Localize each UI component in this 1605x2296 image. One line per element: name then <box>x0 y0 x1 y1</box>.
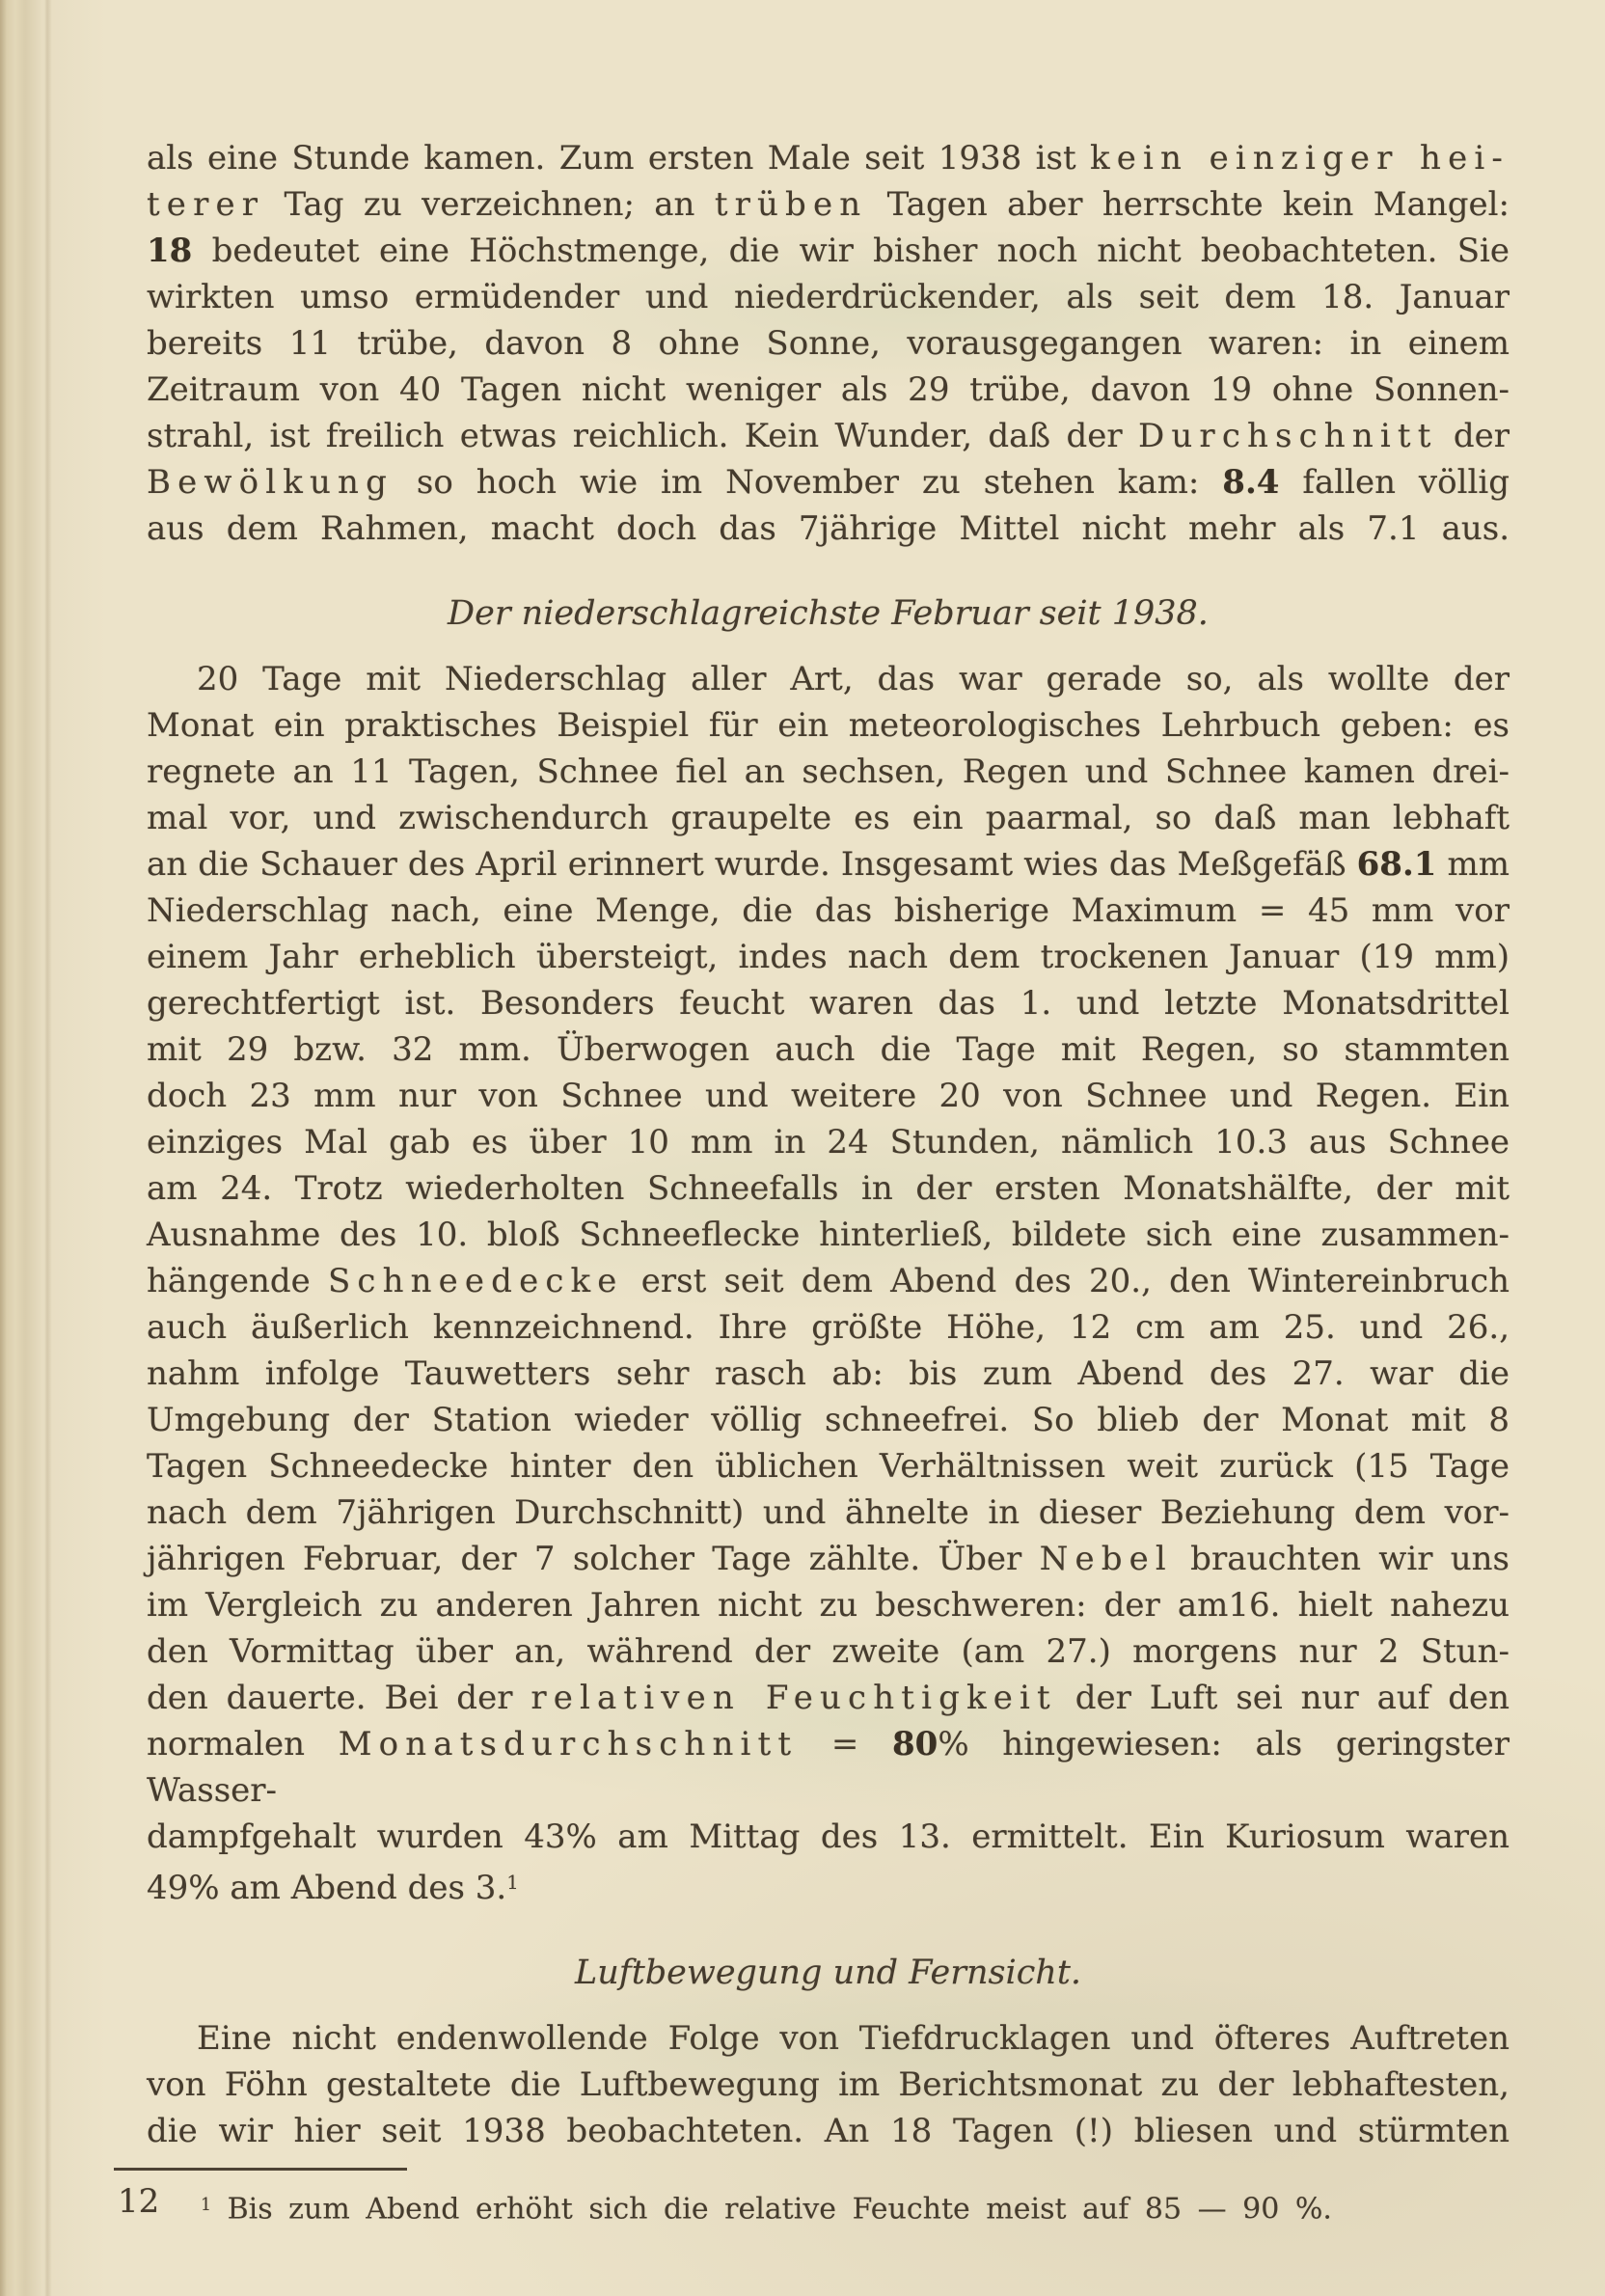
text-line: nach dem 7jährigen Durchschnitt) und ähn… <box>147 1490 1510 1536</box>
text-line: terer Tag zu verzeichnen; an trüben Tage… <box>147 181 1510 228</box>
text-line: 1 Bis zum Abend erhöht sich die relative… <box>147 2186 1510 2229</box>
text-line: doch 23 mm nur von Schnee und weitere 20… <box>147 1073 1510 1119</box>
paragraph: 20 Tage mit Niederschlag aller Art, das … <box>147 656 1510 1911</box>
text-line: den Vormittag über an, während der zweit… <box>147 1628 1510 1675</box>
text-line: Bewölkung so hoch wie im November zu ste… <box>147 459 1510 506</box>
page-text: als eine Stunde kamen. Zum ersten Male s… <box>147 135 1510 2229</box>
text-line: an die Schauer des April erinnert wurde.… <box>147 841 1510 888</box>
text-line: im Vergleich zu anderen Jahren nicht zu … <box>147 1582 1510 1628</box>
text-line: einem Jahr erheblich übersteigt, indes n… <box>147 934 1510 980</box>
text-line: wirkten umso ermüdender und niederdrücke… <box>147 274 1510 320</box>
paragraph: als eine Stunde kamen. Zum ersten Male s… <box>147 135 1510 552</box>
text-line: Tagen Schneedecke hinter den üblichen Ve… <box>147 1443 1510 1490</box>
text-line: regnete an 11 Tagen, Schnee fiel an sech… <box>147 749 1510 795</box>
paragraph: Eine nicht endenwollende Folge von Tiefd… <box>147 2015 1510 2154</box>
text-line: gerechtfertigt ist. Besonders feucht war… <box>147 980 1510 1026</box>
text-line: Zeitraum von 40 Tagen nicht weniger als … <box>147 367 1510 413</box>
text-line: 20 Tage mit Niederschlag aller Art, das … <box>147 656 1510 702</box>
text-line: bereits 11 trübe, davon 8 ohne Sonne, vo… <box>147 320 1510 367</box>
text-line: auch äußerlich kennzeichnend. Ihre größt… <box>147 1304 1510 1351</box>
text-line: jährigen Februar, der 7 solcher Tage zäh… <box>147 1536 1510 1582</box>
text-line: aus dem Rahmen, macht doch das 7jährige … <box>147 506 1510 552</box>
footnote-rule <box>114 2168 407 2171</box>
text-line: normalen Monatsdurchschnitt = 80% hingew… <box>147 1721 1510 1814</box>
section-heading: Luftbewegung und Fernsicht. <box>147 1950 1510 1996</box>
page-number: 12 <box>118 2182 159 2221</box>
text-line: mit 29 bzw. 32 mm. Überwogen auch die Ta… <box>147 1026 1510 1073</box>
text-line: den dauerte. Bei der relativen Feuchtigk… <box>147 1675 1510 1721</box>
text-line: von Föhn gestaltete die Luftbewegung im … <box>147 2062 1510 2108</box>
section-heading: Der niederschlagreichste Februar seit 19… <box>147 590 1510 637</box>
text-line: Ausnahme des 10. bloß Schneeflecke hinte… <box>147 1212 1510 1258</box>
text-line: Eine nicht endenwollende Folge von Tiefd… <box>147 2015 1510 2062</box>
text-line: 18 bedeutet eine Höchstmenge, die wir bi… <box>147 228 1510 274</box>
text-line: Umgebung der Station wieder völlig schne… <box>147 1397 1510 1443</box>
text-line: Niederschlag nach, eine Menge, die das b… <box>147 888 1510 934</box>
text-line: 49% am Abend des 3.1 <box>147 1860 1510 1911</box>
text-line: strahl, ist freilich etwas reichlich. Ke… <box>147 413 1510 459</box>
text-line: dampfgehalt wurden 43% am Mittag des 13.… <box>147 1814 1510 1860</box>
footnote: 1 Bis zum Abend erhöht sich die relative… <box>147 2186 1510 2229</box>
document-page: als eine Stunde kamen. Zum ersten Male s… <box>0 0 1605 2296</box>
text-line: am 24. Trotz wiederholten Schneefalls in… <box>147 1165 1510 1212</box>
text-line: nahm infolge Tauwetters sehr rasch ab: b… <box>147 1351 1510 1397</box>
text-line: die wir hier seit 1938 beobachteten. An … <box>147 2108 1510 2154</box>
text-line: hängende Schneedecke erst seit dem Abend… <box>147 1258 1510 1304</box>
text-line: als eine Stunde kamen. Zum ersten Male s… <box>147 135 1510 181</box>
text-line: einziges Mal gab es über 10 mm in 24 Stu… <box>147 1119 1510 1165</box>
text-line: mal vor, und zwischendurch graupelte es … <box>147 795 1510 841</box>
text-line: Monat ein praktisches Beispiel für ein m… <box>147 702 1510 749</box>
